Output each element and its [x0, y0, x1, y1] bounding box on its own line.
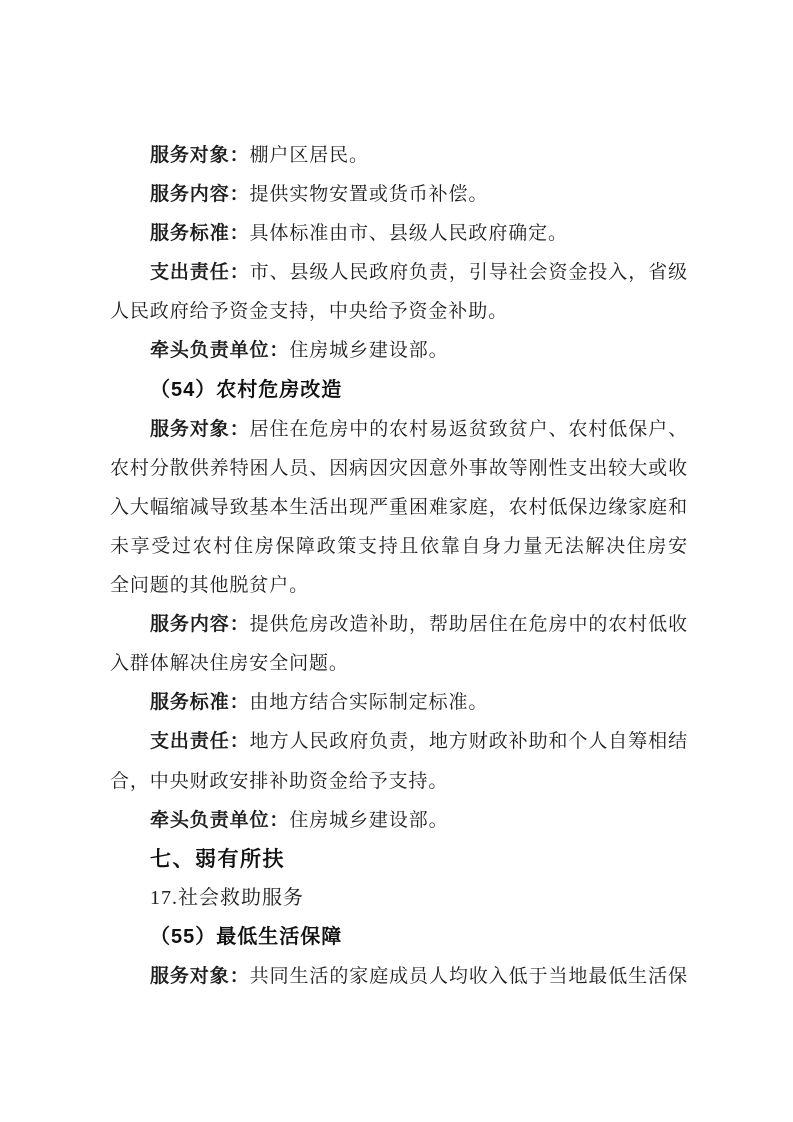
paragraph-text: 农村分散供养特困人员、因病因灾因意外事故等刚性支出较大或收	[110, 458, 688, 479]
service-standard-paragraph: 服务标准：具体标准由市、县级人民政府确定。	[110, 214, 688, 253]
field-label: 服务标准：	[150, 223, 250, 244]
paragraph-text: 由地方结合实际制定标准。	[250, 692, 489, 713]
field-label: 服务对象：	[150, 419, 250, 440]
field-label: 牵头负责单位：	[150, 810, 289, 831]
paragraph-continuation-line: 人民政府给予资金支持，中央给予资金补助。	[110, 292, 688, 331]
paragraph-text: 未享受过农村住房保障政策支持且依靠自身力量无法解决住房安	[110, 536, 688, 557]
service-content-paragraph: 服务内容：提供危房改造补助，帮助居住在危房中的农村低收	[110, 605, 688, 644]
paragraph-text: 提供危房改造补助，帮助居住在危房中的农村低收	[250, 614, 688, 635]
paragraph-text: 入大幅缩减导致基本生活出现严重困难家庭，农村低保边缘家庭和	[110, 497, 688, 518]
field-label: 服务内容：	[150, 184, 250, 205]
lead-unit-paragraph: 牵头负责单位：住房城乡建设部。	[110, 801, 688, 840]
expenditure-responsibility-paragraph: 支出责任：地方人民政府负责，地方财政补助和个人自筹相结	[110, 722, 688, 761]
heading-item-55: （55）最低生活保障	[110, 918, 688, 957]
paragraph-text: 具体标准由市、县级人民政府确定。	[250, 223, 568, 244]
document-content: 服务对象：棚户区居民。 服务内容：提供实物安置或货币补偿。 服务标准：具体标准由…	[0, 0, 793, 996]
paragraph-text: 住房城乡建设部。	[289, 810, 448, 831]
field-label: 服务对象：	[150, 966, 250, 987]
field-label: 服务对象：	[150, 145, 250, 166]
field-label: 服务内容：	[150, 614, 250, 635]
field-label: 服务标准：	[150, 692, 250, 713]
paragraph-continuation-line: 未享受过农村住房保障政策支持且依靠自身力量无法解决住房安	[110, 527, 688, 566]
paragraph-text: 市、县级人民政府负责，引导社会资金投入，省级	[250, 262, 688, 283]
subsection-heading-17: 17.社会救助服务	[110, 879, 688, 918]
field-label: 牵头负责单位：	[150, 340, 289, 361]
heading-item-54: （54）农村危房改造	[110, 371, 688, 410]
service-target-paragraph: 服务对象：棚户区居民。	[110, 136, 688, 175]
field-label: 支出责任：	[150, 262, 250, 283]
service-target-paragraph: 服务对象：共同生活的家庭成员人均收入低于当地最低生活保	[110, 957, 688, 996]
paragraph-continuation-line: 入群体解决住房安全问题。	[110, 644, 688, 683]
paragraph-text: 居住在危房中的农村易返贫致贫户、农村低保户、	[250, 419, 688, 440]
paragraph-continuation-line: 全问题的其他脱贫户。	[110, 566, 688, 605]
expenditure-responsibility-paragraph: 支出责任：市、县级人民政府负责，引导社会资金投入，省级	[110, 253, 688, 292]
paragraph-continuation-line: 入大幅缩减导致基本生活出现严重困难家庭，农村低保边缘家庭和	[110, 488, 688, 527]
paragraph-text: 提供实物安置或货币补偿。	[250, 184, 489, 205]
paragraph-text: 棚户区居民。	[250, 145, 369, 166]
paragraph-text: 地方人民政府负责，地方财政补助和个人自筹相结	[250, 731, 688, 752]
service-standard-paragraph: 服务标准：由地方结合实际制定标准。	[110, 683, 688, 722]
service-content-paragraph: 服务内容：提供实物安置或货币补偿。	[110, 175, 688, 214]
field-label: 支出责任：	[150, 731, 250, 752]
paragraph-text: 合，中央财政安排补助资金给予支持。	[110, 771, 448, 792]
paragraph-text: 入群体解决住房安全问题。	[110, 653, 349, 674]
lead-unit-paragraph: 牵头负责单位：住房城乡建设部。	[110, 331, 688, 370]
paragraph-text: 共同生活的家庭成员人均收入低于当地最低生活保	[250, 966, 688, 987]
paragraph-text: 全问题的其他脱贫户。	[110, 575, 309, 596]
paragraph-continuation-line: 合，中央财政安排补助资金给予支持。	[110, 762, 688, 801]
service-target-paragraph: 服务对象：居住在危房中的农村易返贫致贫户、农村低保户、	[110, 410, 688, 449]
paragraph-continuation-line: 农村分散供养特困人员、因病因灾因意外事故等刚性支出较大或收	[110, 449, 688, 488]
paragraph-text: 住房城乡建设部。	[289, 340, 448, 361]
section-heading-seven: 七、弱有所扶	[110, 840, 688, 879]
paragraph-text: 人民政府给予资金支持，中央给予资金补助。	[110, 301, 508, 322]
document-page: 服务对象：棚户区居民。 服务内容：提供实物安置或货币补偿。 服务标准：具体标准由…	[0, 0, 793, 1122]
